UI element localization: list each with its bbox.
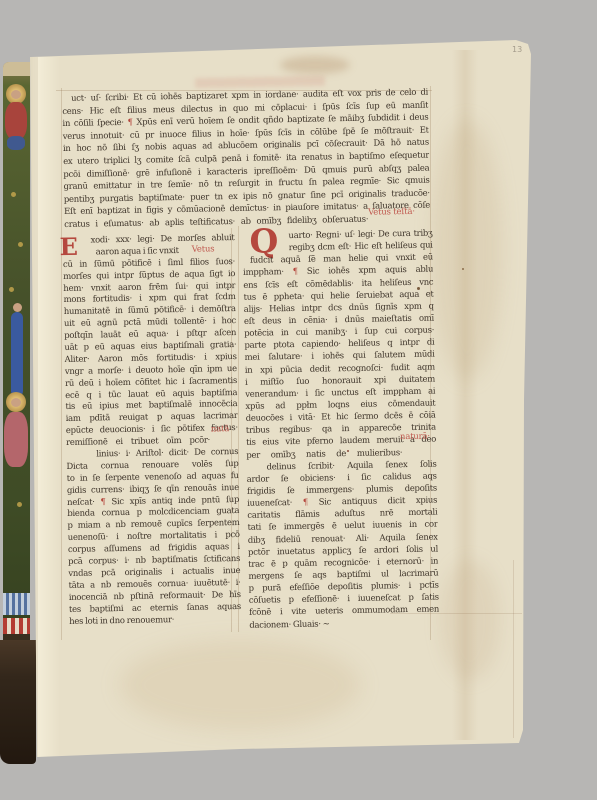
gold-leaf-dot [9, 287, 14, 292]
gold-leaf-dot [11, 192, 16, 197]
gold-leaf-dot [17, 502, 22, 507]
facing-page-top-edge [3, 62, 30, 76]
blue-robed-figure [11, 312, 23, 397]
gold-leaf-dot [18, 242, 23, 247]
pink-robe [4, 412, 28, 467]
rubric-natura: naturā· [400, 432, 430, 443]
blue-border-band [3, 593, 30, 615]
text-block-area: uct· uſ· ſcribi· Et cū iohēs baptizaret … [0, 0, 597, 800]
text-line: dacionem· Gluais· ~ [249, 616, 439, 631]
manuscript-page: 13 uct· uſ· ſcribi· Et cū iohēs baptizar… [0, 0, 597, 800]
binding-leather-edge [0, 640, 36, 764]
blue-figure-head [13, 303, 22, 312]
facing-page-miniature-sliver [3, 62, 30, 646]
haloed-figure-lower-face [11, 398, 21, 407]
red-robe [5, 102, 27, 140]
rubric-vetus: Vetus [192, 244, 215, 254]
red-dotted-band [3, 618, 30, 634]
haloed-figure-top-face [11, 90, 21, 99]
text-line: hes loti in dno renouemur· [69, 613, 241, 628]
rubric-vetus-testamentum: Vetus teſtā· [368, 207, 415, 218]
photograph-background: 13 uct· uſ· ſcribi· Et cū iohēs baptizar… [0, 0, 597, 800]
right-text-column: uarto· Regni· uſ· legi· De cura tribʒreg… [242, 228, 439, 633]
rubric-nata: natā [211, 424, 229, 434]
blue-garment [7, 136, 25, 150]
